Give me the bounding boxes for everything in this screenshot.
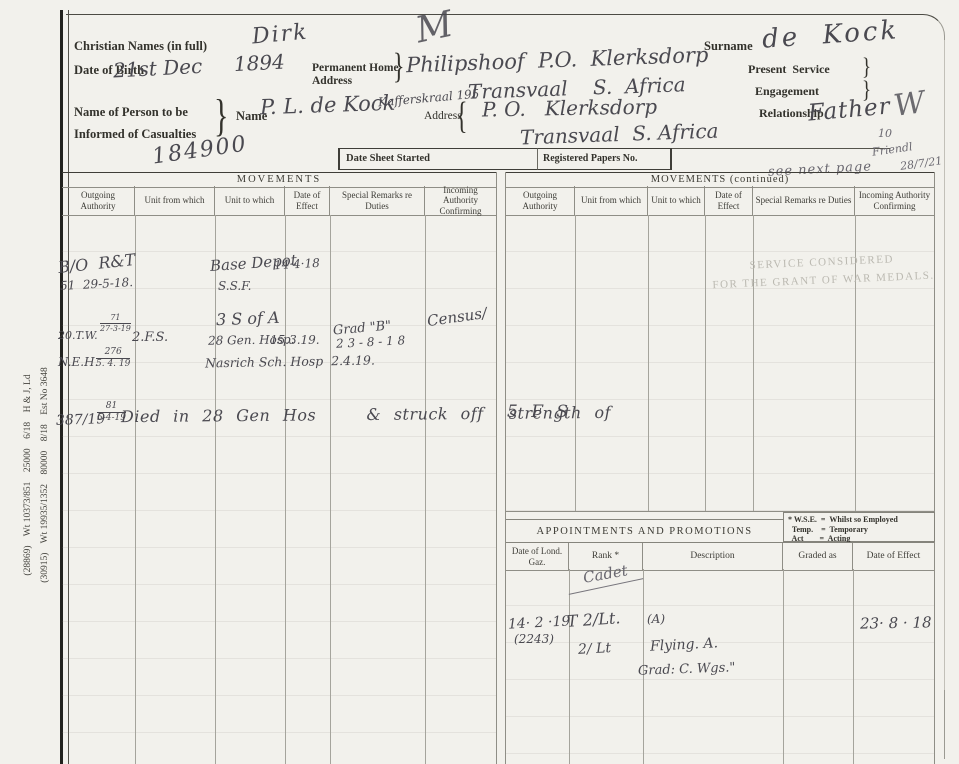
appointment-entry: 23· 8 · 18 (860, 615, 932, 631)
page-edge-line (944, 40, 945, 690)
movements-continued-table: MOVEMENTS (continued) Outgoing Authority… (505, 172, 935, 512)
appointment-entry: 2/ Lt (578, 641, 612, 657)
table-column-divider (575, 215, 576, 511)
appointment-entry: Grad: C. Wgs." (638, 661, 736, 677)
movements-col-remarks: Special Remarks re Duties (753, 186, 855, 215)
movement-entry: 5 F S (507, 404, 572, 421)
appointments-title-strip: APPOINTMENTS AND PROMOTIONS (506, 519, 783, 543)
imprint-line-2: (30915) Wt 19935/1352 80000 8/18 Est No … (37, 330, 54, 620)
movement-entry: 51 29-5-18. (60, 276, 134, 292)
movements-col-outgoing: Outgoing Authority (62, 186, 135, 215)
movement-entry-fraction: 71 27-3-19 (100, 314, 131, 333)
permanent-home-label-1: Permanent Home (312, 62, 399, 75)
movement-entry: 15.3.19. (270, 334, 320, 346)
appointments-title: APPOINTMENTS AND PROMOTIONS (506, 526, 783, 537)
movements-continued-title: MOVEMENTS (continued) (506, 174, 934, 185)
movements-col-effect: Date of Effect (285, 186, 330, 215)
legend-wse: * W.S.E. = Whilst so Employed (788, 515, 934, 525)
present-service-label: Present Service (748, 63, 830, 76)
permanent-home-label-2: Address (312, 75, 352, 88)
movements-body (62, 215, 496, 764)
table-column-divider (135, 215, 136, 764)
movement-entry-fraction: 276 5. 4. 19 (96, 348, 130, 369)
movements-col-effect: Date of Effect (705, 186, 753, 215)
fraction-bottom: 5. 4. 19 (96, 359, 130, 369)
movements-continued-header-row: Outgoing Authority Unit from which Unit … (506, 186, 934, 216)
home-address-brace: } (393, 47, 405, 88)
christian-names-value: Dirk (251, 22, 309, 49)
table-column-divider (425, 215, 426, 764)
movement-entry: Nasrich Sch. Hosp 2.4.19. (205, 355, 375, 370)
movement-entry: 2.F.S. (132, 331, 168, 344)
printer-imprint: (28869) Wt 10373/851 25000 6/18 H & J, L… (20, 330, 56, 620)
appointments-legend-box: * W.S.E. = Whilst so Employed Temp. = Te… (783, 512, 935, 542)
movement-entry: S.S.F. (218, 280, 252, 292)
movements-col-incoming: Incoming Authority Confirming (425, 186, 496, 215)
movements-col-unit-from: Unit from which (135, 186, 215, 215)
movements-col-unit-to: Unit to which (215, 186, 285, 215)
flourish-mark: M (413, 7, 457, 50)
registered-papers-box: Registered Papers No. (538, 148, 672, 170)
movements-col-incoming: Incoming Authority Confirming (855, 186, 934, 215)
movements-col-unit-from: Unit from which (575, 186, 648, 215)
movements-col-outgoing: Outgoing Authority (506, 186, 575, 215)
table-column-divider (648, 215, 649, 511)
person-name-value: P. L. de Kock (260, 93, 396, 119)
movements-col-remarks: Special Remarks re Duties (330, 186, 425, 215)
christian-names-label: Christian Names (in full) (74, 40, 207, 54)
imprint-line-1: (28869) Wt 10373/851 25000 6/18 H & J, L… (20, 330, 37, 620)
person-informed-label-2: Informed of Casualties (74, 128, 196, 142)
appointment-entry: T 2/Lt. (567, 610, 621, 630)
engagement-label: Engagement (755, 85, 819, 98)
appointments-col-description: Description (643, 543, 783, 570)
table-column-divider (569, 569, 570, 764)
person-address-value-2: Transvaal S. Africa (520, 121, 719, 148)
person-address-value-1: P. O. Klerksdorp (482, 96, 657, 119)
record-card-page: (28869) Wt 10373/851 25000 6/18 H & J, L… (0, 0, 959, 764)
table-column-divider (330, 215, 331, 764)
fraction-top: 276 (96, 348, 130, 359)
date-sheet-started-box: Date Sheet Started (338, 148, 538, 170)
movement-entry: 2 3 - 8 - 1 8 (336, 334, 406, 350)
legend-temp: Temp. = Temporary (788, 525, 934, 535)
table-column-divider (705, 215, 706, 511)
table-column-divider (215, 215, 216, 764)
appointment-entry: Flying. A. (650, 636, 719, 654)
note-number: 10 (878, 128, 892, 139)
appointments-col-effect: Date of Effect (853, 543, 934, 570)
table-column-divider (285, 215, 286, 764)
movement-entry: 20.T.W. (58, 330, 98, 341)
person-address-brace: { (456, 96, 468, 139)
movements-col-unit-to: Unit to which (648, 186, 705, 215)
appointment-entry: 14· 2 ·19 (508, 614, 571, 631)
surname-label: Surname (704, 40, 753, 54)
appointments-table: * W.S.E. = Whilst so Employed Temp. = Te… (505, 512, 935, 764)
header-rule-extension (672, 148, 890, 149)
table-column-divider (853, 569, 854, 764)
fraction-bottom: 27-3-19 (100, 324, 131, 333)
date-sheet-started-label: Date Sheet Started (346, 153, 430, 165)
person-informed-label-1: Name of Person to be (74, 106, 188, 120)
appointments-col-graded: Graded as (783, 543, 853, 570)
movement-entry: N.E.H. (58, 356, 98, 368)
relationship-mark: W (892, 88, 927, 122)
appointments-col-gazette: Date of Lond. Gaz. (506, 543, 569, 570)
table-column-divider (783, 569, 784, 764)
appointment-entry: (2243) (514, 633, 554, 645)
fraction-top: 71 (100, 314, 131, 324)
registered-papers-label: Registered Papers No. (543, 153, 638, 164)
movements-title: MOVEMENTS (62, 174, 496, 185)
appointments-header-row: Date of Lond. Gaz. Rank * Description Gr… (506, 542, 934, 571)
movement-entry: 14·4·18 (274, 257, 320, 271)
movement-entry: 3 S of A (216, 310, 280, 328)
appointment-entry: (A) (647, 613, 665, 625)
movements-header-row: Outgoing Authority Unit from which Unit … (62, 186, 496, 216)
